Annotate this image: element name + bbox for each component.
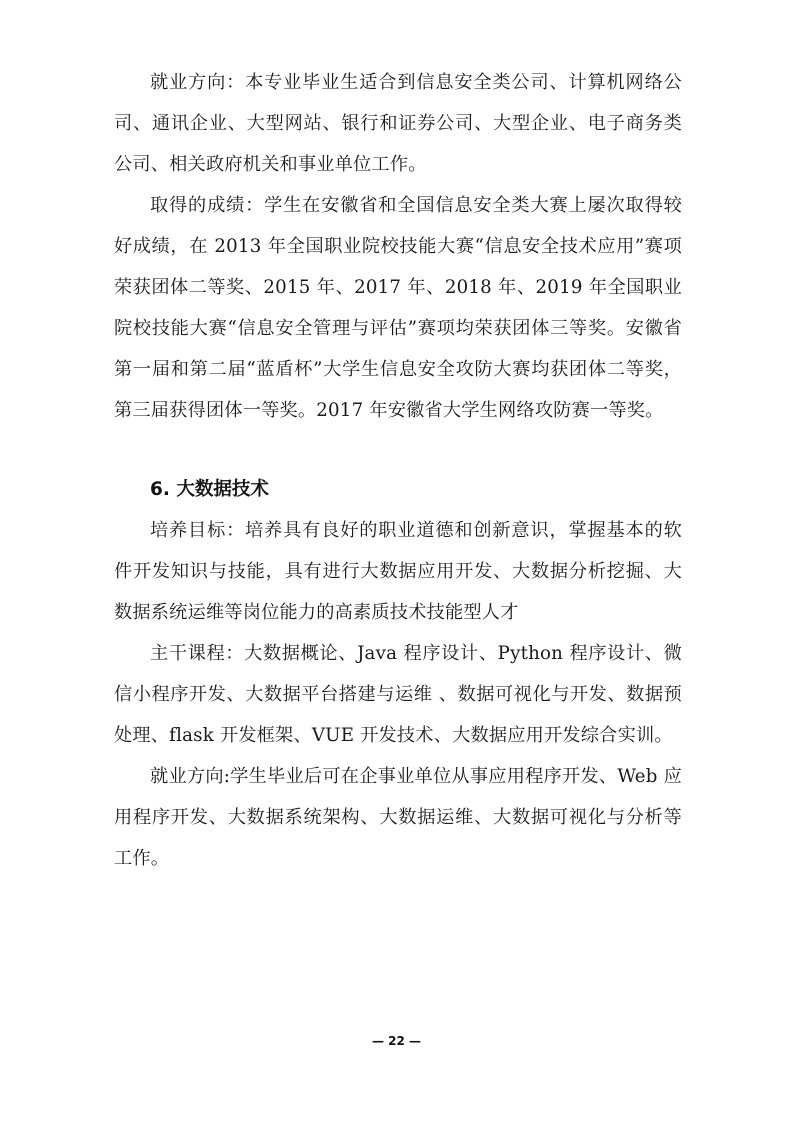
employment-direction-paragraph-2: 就业方向:学生毕业后可在企事业单位从事应用程序开发、Web 应用程序开发、大数据… [114,756,682,879]
training-goal-paragraph: 培养目标：培养具有良好的职业道德和创新意识，掌握基本的软件开发知识与技能，具有进… [114,510,682,633]
page-number: — 22 — [0,1034,793,1048]
document-page: 就业方向：本专业毕业生适合到信息安全类公司、计算机网络公司、通讯企业、大型网站、… [114,0,682,879]
employment-direction-paragraph-1: 就业方向：本专业毕业生适合到信息安全类公司、计算机网络公司、通讯企业、大型网站、… [114,62,682,185]
section-spacer [114,431,682,469]
top-margin [114,0,682,62]
achievements-paragraph: 取得的成绩：学生在安徽省和全国信息安全类大赛上屡次取得较好成绩，在 2013 年… [114,185,682,431]
section-heading-big-data: 6. 大数据技术 [114,469,682,510]
core-courses-paragraph: 主干课程：大数据概论、Java 程序设计、Python 程序设计、微信小程序开发… [114,633,682,756]
